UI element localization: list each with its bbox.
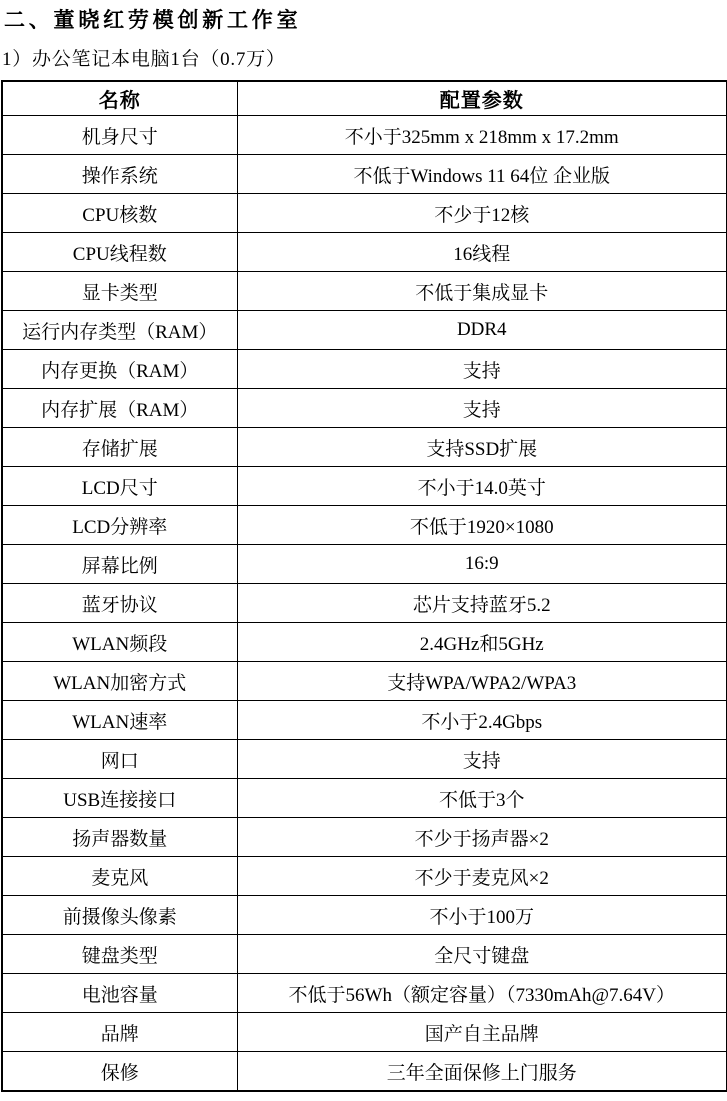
- table-row: 扬声器数量 不少于扬声器×2: [2, 818, 727, 857]
- spec-value-cell: 不少于12核: [237, 194, 727, 233]
- table-row: USB连接接口 不低于3个: [2, 779, 727, 818]
- table-row: LCD分辨率 不低于1920×1080: [2, 506, 727, 545]
- spec-value-cell: 不低于集成显卡: [237, 272, 727, 311]
- spec-name-cell: 内存扩展（RAM）: [2, 389, 237, 428]
- spec-name-cell: 运行内存类型（RAM）: [2, 311, 237, 350]
- spec-value-cell: 全尺寸键盘: [237, 935, 727, 974]
- spec-value-cell: 三年全面保修上门服务: [237, 1052, 727, 1092]
- spec-name-cell: 存储扩展: [2, 428, 237, 467]
- table-row: 显卡类型 不低于集成显卡: [2, 272, 727, 311]
- spec-name-cell: 蓝牙协议: [2, 584, 237, 623]
- table-row: 键盘类型 全尺寸键盘: [2, 935, 727, 974]
- header-name-cell: 名称: [2, 81, 237, 116]
- table-row: WLAN频段 2.4GHz和5GHz: [2, 623, 727, 662]
- spec-name-cell: 麦克风: [2, 857, 237, 896]
- table-row: 网口 支持: [2, 740, 727, 779]
- table-row: 前摄像头像素 不小于100万: [2, 896, 727, 935]
- spec-name-cell: 键盘类型: [2, 935, 237, 974]
- spec-table: 名称 配置参数 机身尺寸 不小于325mm x 218mm x 17.2mm 操…: [1, 80, 727, 1092]
- spec-name-cell: 屏幕比例: [2, 545, 237, 584]
- spec-name-cell: LCD尺寸: [2, 467, 237, 506]
- table-row: 机身尺寸 不小于325mm x 218mm x 17.2mm: [2, 116, 727, 155]
- spec-value-cell: 不小于2.4Gbps: [237, 701, 727, 740]
- table-row: 运行内存类型（RAM） DDR4: [2, 311, 727, 350]
- table-row: 电池容量 不低于56Wh（额定容量）（7330mAh@7.64V）: [2, 974, 727, 1013]
- spec-name-cell: 操作系统: [2, 155, 237, 194]
- table-row: 保修 三年全面保修上门服务: [2, 1052, 727, 1092]
- spec-value-cell: 不少于麦克风×2: [237, 857, 727, 896]
- spec-value-cell: 支持: [237, 740, 727, 779]
- document-page: 二、董晓红劳模创新工作室 1）办公笔记本电脑1台（0.7万） 名称 配置参数 机…: [0, 0, 727, 1092]
- spec-name-cell: 显卡类型: [2, 272, 237, 311]
- table-row: 品牌 国产自主品牌: [2, 1013, 727, 1052]
- spec-value-cell: 支持: [237, 350, 727, 389]
- spec-value-cell: 不低于1920×1080: [237, 506, 727, 545]
- spec-value-cell: 不小于325mm x 218mm x 17.2mm: [237, 116, 727, 155]
- section-title: 二、董晓红劳模创新工作室: [4, 6, 727, 34]
- table-row: 存储扩展 支持SSD扩展: [2, 428, 727, 467]
- spec-name-cell: 品牌: [2, 1013, 237, 1052]
- table-row: 屏幕比例 16:9: [2, 545, 727, 584]
- table-row: 蓝牙协议 芯片支持蓝牙5.2: [2, 584, 727, 623]
- spec-name-cell: LCD分辨率: [2, 506, 237, 545]
- table-row: WLAN速率 不小于2.4Gbps: [2, 701, 727, 740]
- spec-name-cell: WLAN频段: [2, 623, 237, 662]
- spec-value-cell: 不低于Windows 11 64位 企业版: [237, 155, 727, 194]
- spec-value-cell: 不小于14.0英寸: [237, 467, 727, 506]
- table-row: 麦克风 不少于麦克风×2: [2, 857, 727, 896]
- spec-name-cell: WLAN加密方式: [2, 662, 237, 701]
- spec-name-cell: 内存更换（RAM）: [2, 350, 237, 389]
- spec-name-cell: USB连接接口: [2, 779, 237, 818]
- spec-name-cell: 电池容量: [2, 974, 237, 1013]
- table-row: 操作系统 不低于Windows 11 64位 企业版: [2, 155, 727, 194]
- spec-value-cell: 不小于100万: [237, 896, 727, 935]
- table-row: CPU核数 不少于12核: [2, 194, 727, 233]
- spec-name-cell: WLAN速率: [2, 701, 237, 740]
- header-row: 名称 配置参数: [2, 81, 727, 116]
- header-value-cell: 配置参数: [237, 81, 727, 116]
- table-row: LCD尺寸 不小于14.0英寸: [2, 467, 727, 506]
- spec-value-cell: 16:9: [237, 545, 727, 584]
- spec-table-body: 机身尺寸 不小于325mm x 218mm x 17.2mm 操作系统 不低于W…: [2, 116, 727, 1092]
- spec-value-cell: 16线程: [237, 233, 727, 272]
- spec-name-cell: 机身尺寸: [2, 116, 237, 155]
- spec-value-cell: 不低于56Wh（额定容量）（7330mAh@7.64V）: [237, 974, 727, 1013]
- spec-value-cell: 不低于3个: [237, 779, 727, 818]
- spec-value-cell: 芯片支持蓝牙5.2: [237, 584, 727, 623]
- spec-value-cell: 支持SSD扩展: [237, 428, 727, 467]
- spec-value-cell: 国产自主品牌: [237, 1013, 727, 1052]
- spec-table-header: 名称 配置参数: [2, 81, 727, 116]
- table-row: 内存扩展（RAM） 支持: [2, 389, 727, 428]
- item-subtitle: 1）办公笔记本电脑1台（0.7万）: [2, 48, 727, 72]
- spec-name-cell: CPU核数: [2, 194, 237, 233]
- spec-name-cell: 网口: [2, 740, 237, 779]
- spec-name-cell: 前摄像头像素: [2, 896, 237, 935]
- spec-value-cell: DDR4: [237, 311, 727, 350]
- table-row: CPU线程数 16线程: [2, 233, 727, 272]
- spec-value-cell: 不少于扬声器×2: [237, 818, 727, 857]
- spec-value-cell: 支持WPA/WPA2/WPA3: [237, 662, 727, 701]
- spec-name-cell: 扬声器数量: [2, 818, 237, 857]
- table-row: WLAN加密方式 支持WPA/WPA2/WPA3: [2, 662, 727, 701]
- spec-value-cell: 2.4GHz和5GHz: [237, 623, 727, 662]
- spec-name-cell: 保修: [2, 1052, 237, 1092]
- table-row: 内存更换（RAM） 支持: [2, 350, 727, 389]
- spec-value-cell: 支持: [237, 389, 727, 428]
- spec-name-cell: CPU线程数: [2, 233, 237, 272]
